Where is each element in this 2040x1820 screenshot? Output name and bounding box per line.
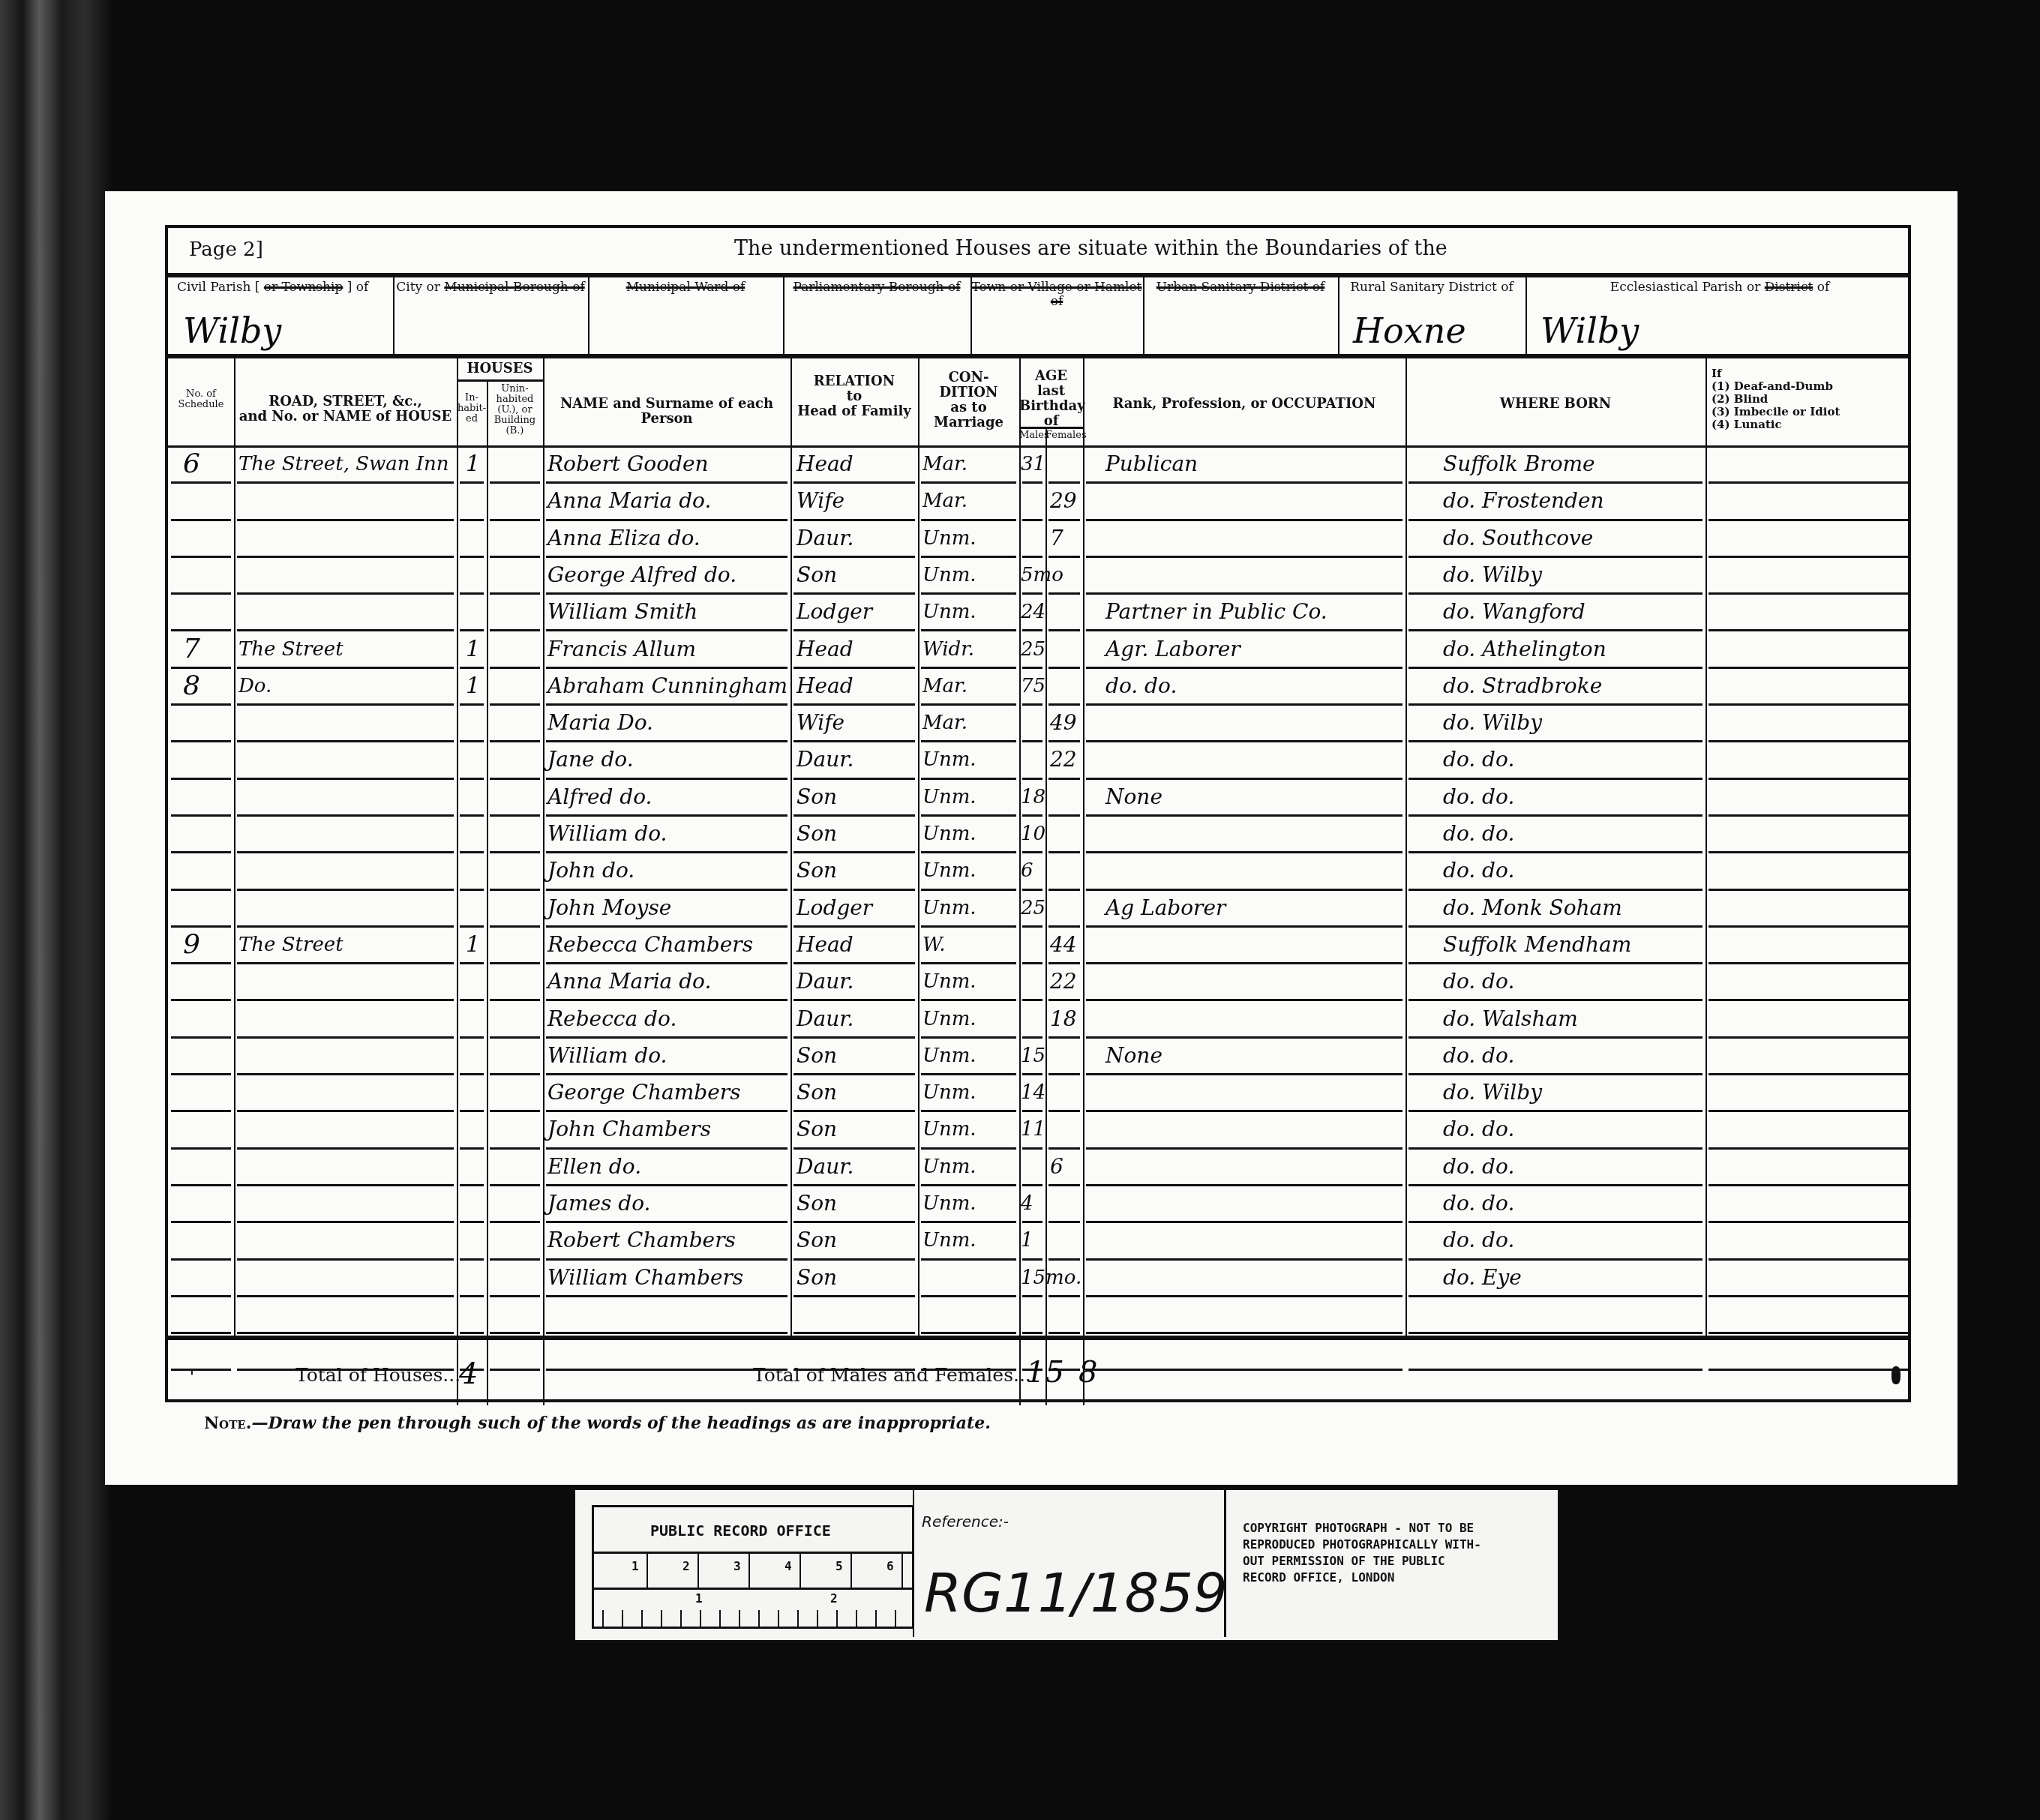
male-age: 24	[1021, 599, 1066, 625]
district-label: Rural Sanitary District of	[1338, 280, 1525, 295]
district-label: Parliamentary Borough of	[783, 280, 970, 295]
note-prefix: Note.	[204, 1414, 251, 1433]
marital-condition: Unm.	[922, 821, 1020, 847]
ruler-tick	[602, 1610, 604, 1627]
table-row: 6The Street, Swan Inn1Robert GoodenHeadM…	[168, 447, 1908, 484]
marital-condition: Widr.	[922, 637, 1020, 662]
inhabited-count: 1	[466, 673, 488, 699]
marital-condition: Unm.	[922, 1191, 1020, 1216]
district-value: Hoxne	[1353, 310, 1466, 351]
ruler-tick	[799, 1552, 801, 1588]
ruler-number: 1	[631, 1559, 639, 1573]
district-label-struck: Municipal Borough of	[444, 280, 584, 295]
marital-condition: Unm.	[922, 1080, 1020, 1105]
header-where-born: WHERE BORN	[1405, 397, 1705, 412]
district-label: Town or Village or Hamlet of	[970, 280, 1143, 309]
where-born: do. Monk Soham	[1443, 895, 1743, 921]
scan-border	[0, 0, 112, 1820]
marital-condition: Unm.	[922, 1117, 1020, 1142]
where-born: do. Walsham	[1443, 1006, 1743, 1032]
district-label-struck: Town or Village or Hamlet of	[972, 280, 1142, 309]
person-name: Robert Chambers	[547, 1228, 795, 1253]
table-row: Jane do.Daur.Unm.22do. do.	[168, 742, 1908, 779]
total-persons-label: Total of Males and Females...	[753, 1364, 1031, 1386]
where-born: do. do.	[1443, 969, 1743, 994]
district-label-struck: Parliamentary Borough of	[793, 280, 961, 295]
table-row: Anna Maria do.WifeMar.29do. Frostenden	[168, 484, 1908, 520]
where-born: do. Wilby	[1443, 562, 1743, 588]
female-age: 29	[1050, 488, 1086, 514]
marital-condition: Unm.	[922, 562, 1020, 588]
person-name: William Smith	[547, 599, 795, 625]
column-divider	[543, 355, 544, 1405]
ruler-tick	[719, 1610, 721, 1627]
ruler-tick	[700, 1610, 701, 1627]
where-born: do. Stradbroke	[1443, 673, 1743, 699]
occupation: Ag Laborer	[1105, 895, 1420, 921]
divider	[168, 273, 1908, 277]
divider	[1019, 427, 1083, 429]
divider	[168, 354, 1908, 358]
marital-condition: Unm.	[922, 895, 1020, 921]
where-born: do. do.	[1443, 1117, 1743, 1142]
table-row: John do.SonUnm.6do. do.	[168, 853, 1908, 890]
note: Note.—Draw the pen through such of the w…	[204, 1414, 991, 1433]
district-label: Urban Sanitary District of	[1143, 280, 1338, 295]
table-row	[168, 1297, 1908, 1334]
ruler-tick	[622, 1610, 623, 1627]
row-rule	[546, 1369, 787, 1371]
ruler-tick	[697, 1552, 699, 1588]
relation: Son	[796, 821, 920, 847]
ruler-number: 5	[835, 1559, 843, 1573]
male-age: 75	[1021, 673, 1066, 699]
marital-condition: Unm.	[922, 747, 1020, 772]
archive-label: PUBLIC RECORD OFFICE 123456 12 Reference…	[574, 1489, 1559, 1642]
marital-condition: Unm.	[922, 599, 1020, 625]
copyright-line: COPYRIGHT PHOTOGRAPH - NOT TO BE	[1243, 1520, 1481, 1537]
occupation: Agr. Laborer	[1105, 637, 1420, 662]
header-females: Females	[1045, 430, 1083, 441]
marital-condition: Unm.	[922, 526, 1020, 551]
ruler-number: 3	[733, 1559, 741, 1573]
row-rule	[1708, 1369, 1911, 1371]
table-row: William do.SonUnm.15Nonedo. do.	[168, 1039, 1908, 1075]
district-label: Civil Parish [ or Township ] of	[177, 280, 402, 295]
male-age: 25	[1021, 637, 1066, 662]
relation: Son	[796, 1117, 920, 1142]
table-row: George Alfred do.SonUnm.5modo. Wilby	[168, 558, 1908, 595]
note-text: —Draw the pen through such of the words …	[251, 1414, 990, 1433]
person-name: Alfred do.	[547, 784, 795, 810]
ruler-number: 1	[695, 1591, 703, 1606]
district-label-text: Rural Sanitary District of	[1350, 280, 1513, 295]
relation: Daur.	[796, 1154, 920, 1180]
female-age: 18	[1050, 1006, 1086, 1032]
person-name: William do.	[547, 821, 795, 847]
table-row: Rebecca do.Daur.Unm.18do. Walsham	[168, 1002, 1908, 1039]
where-born: do. Frostenden	[1443, 488, 1743, 514]
where-born: do. do.	[1443, 747, 1743, 772]
header-uninhabited: Unin-habited(U.), orBuilding(B.)	[487, 384, 543, 436]
header-males: Males	[1019, 430, 1045, 441]
male-age: 1	[1021, 1228, 1066, 1253]
relation: Lodger	[796, 599, 920, 625]
male-age: 14	[1021, 1080, 1066, 1105]
table-row: 9The Street1Rebecca ChambersHeadW.44Suff…	[168, 928, 1908, 964]
divider	[913, 1490, 914, 1637]
header-relation: RELATIONtoHead of Family	[790, 374, 918, 419]
column-divider	[790, 355, 792, 1336]
marital-condition: Mar.	[922, 488, 1020, 514]
table-row: John ChambersSonUnm.11do. do.	[168, 1112, 1908, 1149]
ruler-tick	[901, 1552, 903, 1588]
ruler-tick	[850, 1552, 852, 1588]
person-name: Anna Eliza do.	[547, 526, 795, 551]
table-row: Robert ChambersSonUnm.1do. do.	[168, 1223, 1908, 1260]
person-name: George Chambers	[547, 1080, 795, 1105]
relation: Daur.	[796, 1006, 920, 1032]
person-name: Jane do.	[547, 747, 795, 772]
header-inhabited: In-habit-ed	[457, 393, 487, 424]
divider	[592, 1552, 914, 1554]
person-name: Francis Allum	[547, 637, 795, 662]
column-divider	[918, 355, 919, 1336]
female-age: 7	[1050, 526, 1086, 551]
relation: Son	[796, 1265, 920, 1291]
person-name: John do.	[547, 858, 795, 883]
page-title: The undermentioned Houses are situate wi…	[734, 237, 1447, 260]
district-label: Ecclesiastical Parish or District of	[1525, 280, 1914, 295]
ruler-tick	[836, 1610, 838, 1627]
relation: Son	[796, 784, 920, 810]
header-name: NAME and Surname of eachPerson	[543, 397, 790, 427]
column-divider	[1405, 355, 1407, 1336]
road-name: The Street	[238, 637, 456, 662]
district-label: City or Municipal Borough of	[393, 280, 588, 295]
road-name: Do.	[238, 673, 456, 699]
relation: Head	[796, 451, 920, 477]
where-born: do. do.	[1443, 1191, 1743, 1216]
copyright-notice: COPYRIGHT PHOTOGRAPH - NOT TO BEREPRODUC…	[1243, 1520, 1481, 1586]
person-name: Rebecca do.	[547, 1006, 795, 1032]
where-born: do. Southcove	[1443, 526, 1743, 551]
person-name: Ellen do.	[547, 1154, 795, 1180]
relation: Head	[796, 673, 920, 699]
relation: Son	[796, 1228, 920, 1253]
female-age: 49	[1050, 710, 1086, 736]
table-row: Maria Do.WifeMar.49do. Wilby	[168, 706, 1908, 742]
relation: Wife	[796, 710, 920, 736]
table-row: William SmithLodgerUnm.24Partner in Publ…	[168, 595, 1908, 631]
reference-label: Reference:-	[922, 1513, 1009, 1531]
marital-condition: Unm.	[922, 1006, 1020, 1032]
table-row: James do.SonUnm.4do. do.	[168, 1186, 1908, 1223]
occupation: None	[1105, 784, 1420, 810]
relation: Son	[796, 562, 920, 588]
district-label-text: Civil Parish [	[177, 280, 259, 295]
copyright-line: REPRODUCED PHOTOGRAPHICALLY WITH-	[1243, 1537, 1481, 1553]
office-label: PUBLIC RECORD OFFICE	[650, 1522, 831, 1540]
male-age: 4	[1021, 1191, 1066, 1216]
male-age: 11	[1021, 1117, 1066, 1142]
row-rule	[490, 1369, 540, 1371]
relation: Son	[796, 1080, 920, 1105]
marital-condition: Unm.	[922, 1043, 1020, 1069]
female-age: 22	[1050, 747, 1086, 772]
district-label-struck: or Township	[264, 280, 343, 295]
relation: Head	[796, 932, 920, 958]
ruler-tick	[856, 1610, 857, 1627]
table-row: William do.SonUnm.10do. do.	[168, 817, 1908, 853]
district-label-struck: Urban Sanitary District of	[1156, 280, 1325, 295]
table-row: 8Do.1Abraham CunninghamHeadMar.75do. do.…	[168, 669, 1908, 706]
ruler-tick	[739, 1610, 740, 1627]
relation: Son	[796, 1043, 920, 1069]
copyright-line: OUT PERMISSION OF THE PUBLIC	[1243, 1553, 1481, 1570]
table-row: Alfred do.SonUnm.18Nonedo. do.	[168, 780, 1908, 817]
district-label-struck: Municipal Ward of	[626, 280, 745, 295]
header-road: ROAD, STREET, &c.,and No. or NAME of HOU…	[234, 394, 457, 424]
person-name: James do.	[547, 1191, 795, 1216]
where-born: do. do.	[1443, 821, 1743, 847]
inhabited-count: 1	[466, 637, 488, 662]
table-row: John MoyseLodgerUnm.25Ag Laborerdo. Monk…	[168, 891, 1908, 928]
where-born: do. do.	[1443, 784, 1743, 810]
ruler-tick	[758, 1610, 760, 1627]
where-born: do. Athelington	[1443, 637, 1743, 662]
female-age: 22	[1050, 969, 1086, 994]
person-name: John Chambers	[547, 1117, 795, 1142]
marital-condition: Mar.	[922, 710, 1020, 736]
where-born: Suffolk Brome	[1443, 451, 1743, 477]
district-label: Municipal Ward of	[588, 280, 783, 295]
where-born: do. Wilby	[1443, 710, 1743, 736]
occupation: None	[1105, 1043, 1420, 1069]
header-condition: CON-DITIONas toMarriage	[918, 370, 1019, 430]
header-houses: HOUSES	[457, 361, 543, 376]
district-value: Wilby	[183, 310, 281, 351]
table-row: Anna Eliza do.Daur.Unm.7do. Southcove	[168, 521, 1908, 558]
road-name: The Street, Swan Inn	[238, 451, 456, 477]
row-rule	[1086, 1369, 1402, 1371]
relation: Daur.	[796, 747, 920, 772]
occupation: Partner in Public Co.	[1105, 599, 1420, 625]
ruler-number: 2	[830, 1591, 838, 1606]
male-age: 25	[1021, 895, 1066, 921]
district-label-end: ] of	[343, 280, 368, 295]
column-divider	[487, 379, 488, 1405]
person-name: William Chambers	[547, 1265, 795, 1291]
male-age: 15mo.	[1021, 1265, 1066, 1291]
ruler-number: 2	[682, 1559, 690, 1573]
ink-blot	[1891, 1366, 1900, 1384]
marital-condition: Unm.	[922, 1154, 1020, 1180]
column-divider	[1705, 355, 1707, 1336]
relation: Daur.	[796, 969, 920, 994]
where-born: do. do.	[1443, 1228, 1743, 1253]
schedule-number: 7	[183, 637, 228, 662]
census-form: Page 2] The undermentioned Houses are si…	[165, 225, 1911, 1402]
occupation: do. do.	[1105, 673, 1420, 699]
person-name: William do.	[547, 1043, 795, 1069]
district-label-text: City or	[396, 280, 440, 295]
ruler-tick	[875, 1610, 877, 1627]
male-age: 15	[1021, 1043, 1066, 1069]
male-age: 5mo	[1021, 562, 1066, 588]
relation: Daur.	[796, 526, 920, 551]
relation: Son	[796, 1191, 920, 1216]
divider	[1224, 1490, 1226, 1637]
column-divider	[234, 355, 235, 1336]
where-born: do. Wangford	[1443, 599, 1743, 625]
marital-condition: Unm.	[922, 969, 1020, 994]
table-row: Anna Maria do.Daur.Unm.22do. do.	[168, 964, 1908, 1001]
column-divider	[1019, 355, 1021, 1405]
column-divider	[1045, 427, 1047, 1405]
schedule-number: 6	[183, 451, 228, 477]
marital-condition: Unm.	[922, 858, 1020, 883]
ruler-tick	[680, 1610, 682, 1627]
relation: Lodger	[796, 895, 920, 921]
where-born: do. do.	[1443, 1043, 1743, 1069]
marital-condition: W.	[922, 932, 1020, 958]
where-born: do. Eye	[1443, 1265, 1743, 1291]
row-rule	[1408, 1369, 1702, 1371]
male-age: 10	[1021, 821, 1066, 847]
reference-value: RG11/1859	[924, 1561, 1228, 1624]
marital-condition: Mar.	[922, 451, 1020, 477]
header-occupation: Rank, Profession, or OCCUPATION	[1083, 397, 1405, 412]
header-infirmity: If(1) Deaf-and-Dumb(2) Blind(3) Imbecile…	[1711, 367, 1840, 431]
header-age: AGE lastBirthdayof	[1019, 369, 1083, 429]
page-label: Page 2]	[189, 238, 263, 261]
relation: Son	[796, 858, 920, 883]
tick-mark: ⌐	[189, 1360, 205, 1383]
ruler-tick	[641, 1610, 643, 1627]
header-schedule: No. ofSchedule	[168, 389, 234, 410]
male-age: 18	[1021, 784, 1066, 810]
marital-condition: Unm.	[922, 1228, 1020, 1253]
female-age: 6	[1050, 1154, 1086, 1180]
total-houses-value: 4	[459, 1357, 478, 1391]
where-born: do. Wilby	[1443, 1080, 1743, 1105]
ruler-number: 4	[784, 1559, 792, 1573]
table-row: 7The Street1Francis AllumHeadWidr.25Agr.…	[168, 632, 1908, 669]
ruler-tick	[646, 1552, 648, 1588]
total-females-value: 8	[1078, 1355, 1097, 1390]
district-label-struck: District	[1765, 280, 1813, 295]
ruler-number: 6	[886, 1559, 894, 1573]
table-row: Ellen do.Daur.Unm.6do. do.	[168, 1150, 1908, 1186]
road-name: The Street	[238, 932, 456, 958]
column-divider	[1083, 355, 1084, 1405]
marital-condition: Mar.	[922, 673, 1020, 699]
ruler-tick	[895, 1610, 896, 1627]
inhabited-count: 1	[466, 932, 488, 958]
female-age: 44	[1050, 932, 1086, 958]
male-age: 31	[1021, 451, 1066, 477]
total-houses-label: Total of Houses...	[295, 1364, 460, 1386]
where-born: do. do.	[1443, 1154, 1743, 1180]
person-name: George Alfred do.	[547, 562, 795, 588]
person-name: John Moyse	[547, 895, 795, 921]
ruler-tick	[778, 1610, 779, 1627]
person-name: Abraham Cunningham	[547, 673, 795, 699]
ruler-tick	[661, 1610, 662, 1627]
divider	[592, 1588, 914, 1590]
column-divider	[457, 355, 458, 1405]
schedule-number: 9	[183, 932, 228, 958]
person-name: Anna Maria do.	[547, 488, 795, 514]
schedule-number: 8	[183, 673, 228, 699]
inhabited-count: 1	[466, 451, 488, 477]
where-born: do. do.	[1443, 858, 1743, 883]
marital-condition: Unm.	[922, 784, 1020, 810]
relation: Head	[796, 637, 920, 662]
person-name: Robert Gooden	[547, 451, 795, 477]
person-name: Anna Maria do.	[547, 969, 795, 994]
divider	[168, 1336, 1908, 1340]
district-label-end: of	[1813, 280, 1829, 295]
ruler-tick	[748, 1552, 750, 1588]
male-age: 6	[1021, 858, 1066, 883]
table-row: William ChambersSon15mo.do. Eye	[168, 1261, 1908, 1297]
district-value: Wilby	[1540, 310, 1639, 351]
where-born: Suffolk Mendham	[1443, 932, 1743, 958]
divider	[457, 379, 543, 382]
relation: Wife	[796, 488, 920, 514]
table-row: George ChambersSonUnm.14do. Wilby	[168, 1075, 1908, 1112]
copyright-line: RECORD OFFICE, LONDON	[1243, 1570, 1481, 1586]
ruler-tick	[797, 1610, 799, 1627]
ruler-tick	[817, 1610, 818, 1627]
occupation: Publican	[1105, 451, 1420, 477]
person-name: Rebecca Chambers	[547, 932, 795, 958]
person-name: Maria Do.	[547, 710, 795, 736]
district-label-text: Ecclesiastical Parish or	[1610, 280, 1761, 295]
